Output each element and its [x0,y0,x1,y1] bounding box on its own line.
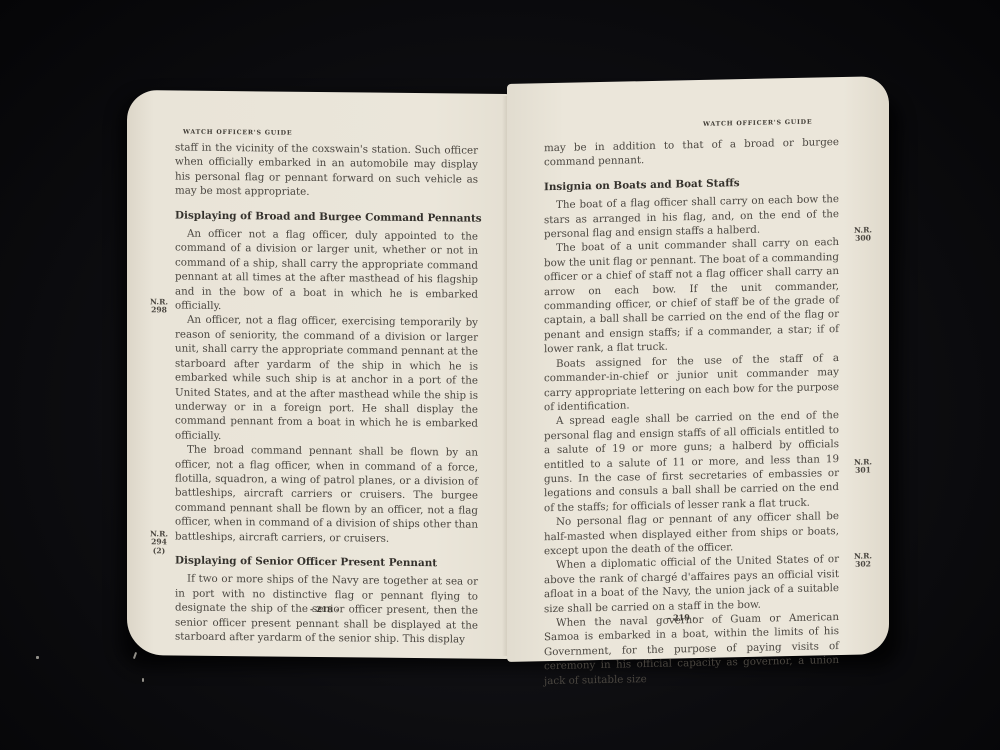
paragraph: The boat of a unit commander shall carry… [544,235,839,356]
paragraph: An officer not a flag officer, duly appo… [175,227,478,317]
margin-note-nr-302: N.R. 302 [849,552,877,569]
paragraph: When a diplomatic official of the United… [544,552,839,616]
right-page: WATCH OFFICER'S GUIDE may be in addition… [507,76,889,662]
margin-note-number: 301 [849,467,877,476]
margin-note-nr-298: N.R. 298 [145,298,173,315]
paragraph: may be in addition to that of a broad or… [544,135,839,170]
paragraph: No personal flag or pennant of any offic… [544,509,839,558]
section-heading: Displaying of Senior Officer Present Pen… [175,553,478,571]
left-page: WATCH OFFICER'S GUIDE staff in the vicin… [127,90,510,659]
margin-note-nr-294: N.R. 294 (2) [145,530,173,556]
margin-note-number: 302 [849,561,877,570]
paragraph: An officer, not a flag officer, exercisi… [175,313,478,446]
margin-note-sub: (2) [145,547,173,556]
paragraph: Boats assigned for the use of the staff … [544,351,839,415]
right-page-body: may be in addition to that of a broad or… [544,135,839,688]
paragraph: A spread eagle shall be carried on the e… [544,408,839,515]
paragraph: staff in the vicinity of the coxswain's … [175,140,478,201]
margin-note-nr-300: N.R. 300 [849,226,877,243]
margin-note-number: 298 [145,307,173,316]
section-heading: Displaying of Broad and Burgee Command P… [175,208,478,226]
left-page-body: staff in the vicinity of the coxswain's … [175,140,478,647]
margin-note-nr-301: N.R. 301 [849,458,877,475]
dust-speck [142,678,144,682]
dust-speck [36,656,39,659]
paragraph: The boat of a flag officer shall carry o… [544,192,839,241]
page-number-218: - 218 - [310,604,339,614]
left-running-head: WATCH OFFICER'S GUIDE [183,129,292,137]
right-running-head: WATCH OFFICER'S GUIDE [703,119,812,128]
section-heading: Insignia on Boats and Boat Staffs [544,174,839,195]
margin-note-number: 300 [849,235,877,244]
page-number-219: - 219 - [667,612,696,623]
paragraph: The broad command pennant shall be flown… [175,443,478,547]
